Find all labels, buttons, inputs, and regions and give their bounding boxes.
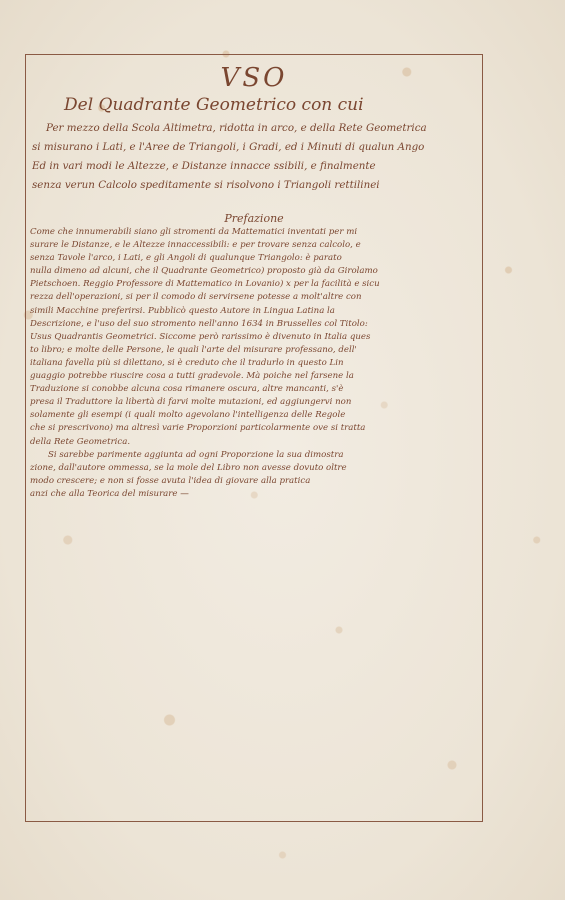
preface-line: Pietschoen. Reggio Professore di Mattema… bbox=[30, 278, 480, 291]
preface-line: Usus Quadrantis Geometrici. Siccome però… bbox=[30, 331, 480, 344]
preface-line: Come che innumerabili siano gli stroment… bbox=[30, 226, 480, 239]
preface-line: guaggio potrebbe riuscire cosa a tutti g… bbox=[30, 370, 480, 383]
closing-line: zione, dall'autore ommessa, se la mole d… bbox=[30, 462, 480, 475]
intro-line: Ed in vari modi le Altezze, e Distanze i… bbox=[32, 157, 478, 176]
preface-body: Come che innumerabili siano gli stroment… bbox=[30, 226, 480, 501]
preface-line: che si prescrivono) ma altresì varie Pro… bbox=[30, 422, 480, 435]
preface-line: nulla dimeno ad alcuni, che il Quadrante… bbox=[30, 265, 480, 278]
section-heading: Del Quadrante Geometrico con cui bbox=[64, 95, 364, 115]
preface-line: presa il Traduttore la libertà di farvi … bbox=[30, 396, 480, 409]
intro-line: Per mezzo della Scola Altimetra, ridotta… bbox=[32, 119, 478, 138]
closing-line: modo crescere; e non si fosse avuta l'id… bbox=[30, 475, 480, 488]
closing-line: anzi che alla Teorica del misurare — bbox=[30, 488, 480, 501]
preface-line: simili Macchine preferirsi. Pubblicò que… bbox=[30, 305, 480, 318]
preface-title: Prefazione bbox=[26, 212, 482, 225]
preface-line: italiana favella più si dilettano, si è … bbox=[30, 357, 480, 370]
preface-line: senza Tavole l'arco, i Lati, e gli Angol… bbox=[30, 252, 480, 265]
preface-line: Traduzione si conobbe alcuna cosa rimane… bbox=[30, 383, 480, 396]
preface-line: solamente gli esempi (i quali molto agev… bbox=[30, 409, 480, 422]
page-title: VSO bbox=[26, 63, 482, 93]
closing-line: Si sarebbe parimente aggiunta ad ogni Pr… bbox=[30, 449, 480, 462]
intro-line: si misurano i Lati, e l'Aree de Triangol… bbox=[32, 138, 478, 157]
preface-line: Descrizione, e l'uso del suo stromento n… bbox=[30, 318, 480, 331]
ruled-frame: VSO Del Quadrante Geometrico con cui Per… bbox=[25, 54, 483, 822]
preface-line: to libro; e molte delle Persone, le qual… bbox=[30, 344, 480, 357]
intro-line: senza verun Calcolo speditamente si riso… bbox=[32, 176, 478, 195]
preface-line: rezza dell'operazioni, si per il comodo … bbox=[30, 291, 480, 304]
intro-paragraph: Per mezzo della Scola Altimetra, ridotta… bbox=[32, 119, 478, 195]
preface-line: della Rete Geometrica. bbox=[30, 436, 480, 449]
preface-line: surare le Distanze, e le Altezze innacce… bbox=[30, 239, 480, 252]
